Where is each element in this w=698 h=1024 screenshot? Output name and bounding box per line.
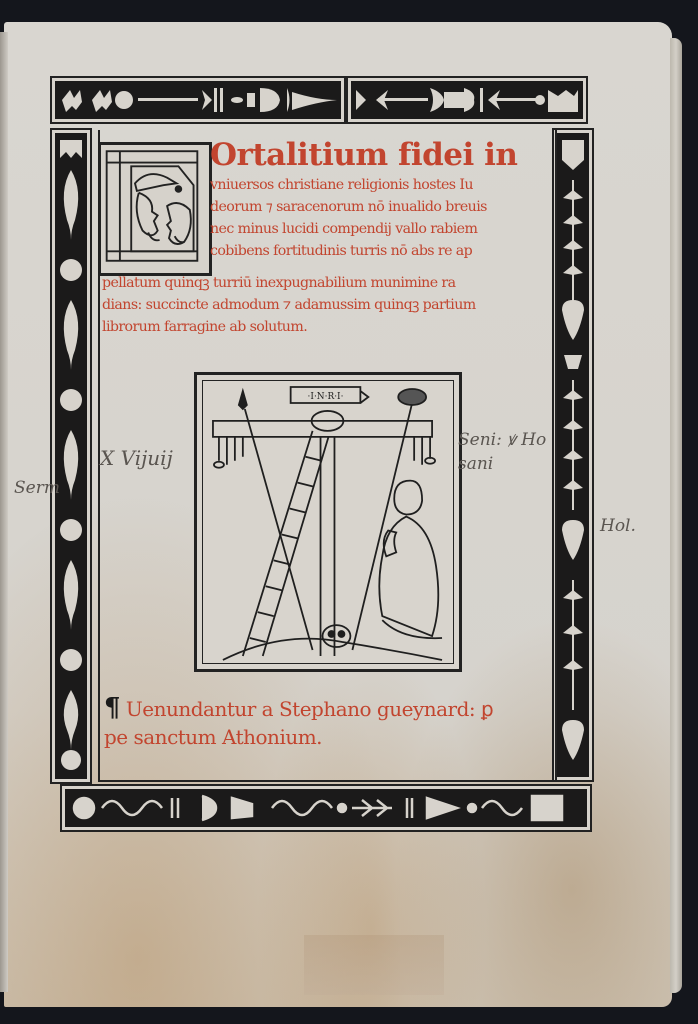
imprint: ¶ Uenundantur a Stephano gueynard: ꝑ pe … [104, 694, 493, 751]
bottom-border-woodcut [60, 784, 592, 832]
right-border-woodcut [552, 128, 594, 782]
annotation-right-margin: Hol. [600, 516, 636, 536]
historiated-initial [98, 142, 212, 276]
top-border-woodcut-right [346, 76, 588, 124]
pilcrow-mark: ¶ [104, 693, 120, 723]
annotation-right-inner: Seni: ꝟ Ho sani [458, 428, 548, 476]
scroll-ornament-icon [62, 786, 590, 830]
title-line: librorum farragine ab solutum. [102, 316, 307, 338]
title-line: vniuersos christiane religionis hostes I… [210, 174, 548, 196]
title-line: dians: succincte admodum ⁊ adamussim qui… [102, 294, 476, 316]
title-line: pellatum quinqꝫ turriū inexpugnabilium m… [102, 272, 455, 294]
two-heads-woodcut-icon [101, 145, 203, 267]
left-border-woodcut [50, 128, 92, 784]
water-stain [304, 935, 444, 995]
inri-caption: ·I·N·R·I· [308, 392, 344, 402]
imprint-line-2: pe sanctum Athonium. [104, 723, 493, 751]
page-gutter-edge [0, 32, 8, 992]
title-line: deorum ⁊ saracenorum nō inualido breuis [210, 196, 548, 218]
title-line: cobibens fortitudinis turris nō abs re a… [210, 240, 548, 262]
foliage-ornament-icon [554, 130, 592, 780]
annotation-left-inner: X Vijuij [100, 446, 173, 470]
floral-ornament-icon [52, 130, 90, 782]
imprint-line-1: Uenundantur a Stephano gueynard: ꝑ [126, 697, 493, 721]
title-line: nec minus lucidi compendij vallo rabiem [210, 218, 548, 240]
annotation-left-margin: Serm [14, 478, 60, 498]
title-block: Ortalitium fidei in vniuersos christiane… [210, 136, 548, 262]
page-fore-edge [670, 38, 682, 993]
title-first-line: Ortalitium fidei in [210, 136, 548, 174]
ornament-icon [52, 78, 344, 122]
top-border-woodcut-left [50, 76, 346, 124]
ornament-icon [348, 78, 586, 122]
crucifixion-woodcut: ·I·N·R·I· [194, 372, 462, 672]
crucifixion-scene-icon: ·I·N·R·I· [203, 381, 452, 662]
